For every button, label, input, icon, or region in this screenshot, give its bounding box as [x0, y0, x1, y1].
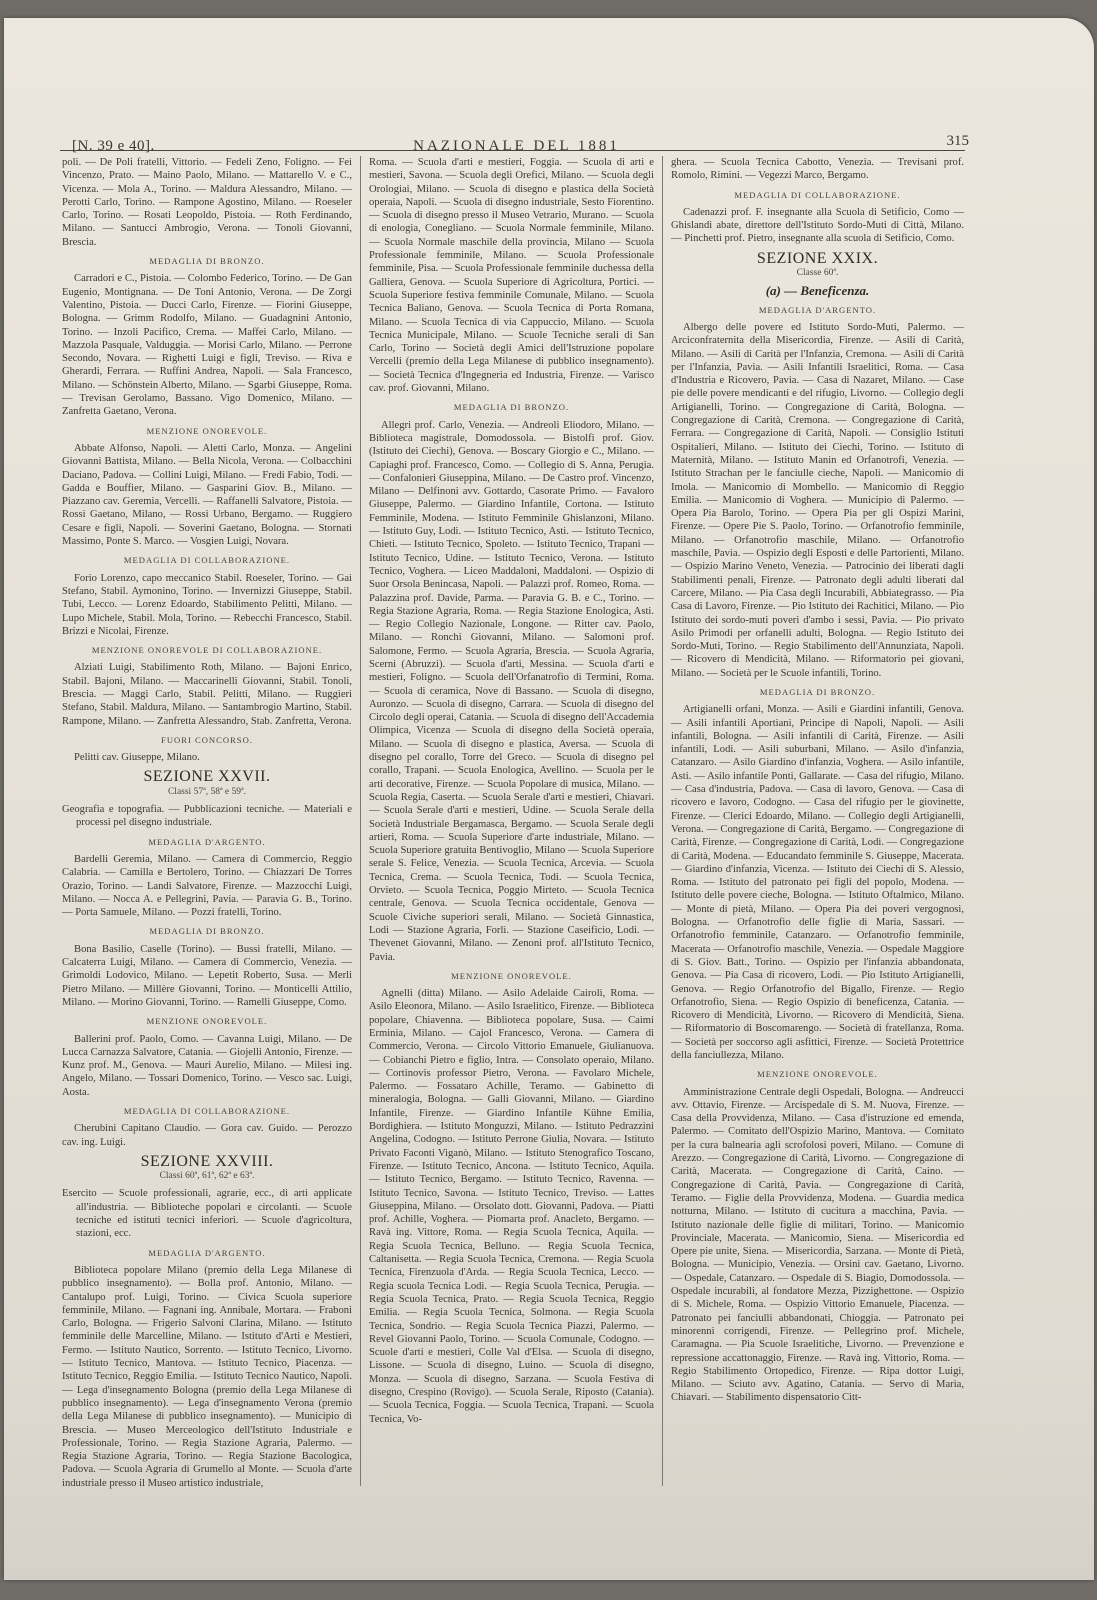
award-heading: MENZIONE ONOREVOLE DI COLLABORAZIONE. [62, 644, 352, 657]
paragraph: Roma. — Scuola d'arti e mestieri, Foggia… [369, 156, 654, 395]
column-left: poli. — De Poli fratelli, Vittorio. — Fe… [58, 156, 360, 1486]
award-heading: MEDAGLIA DI BRONZO. [671, 686, 964, 699]
column-right: ghera. — Scuola Tecnica Cabotto, Venezia… [662, 156, 968, 1486]
section-classes: Classi 60ª, 61ª, 62ª e 63ª. [62, 1170, 352, 1183]
award-heading: MEDAGLIA DI BRONZO. [62, 925, 352, 938]
award-heading: MEDAGLIA DI COLLABORAZIONE. [62, 554, 352, 567]
page-title: NAZIONALE DEL 1881 [64, 138, 969, 155]
section-description: Esercito — Scuole professionali, agrarie… [62, 1187, 352, 1240]
paragraph: Ballerini prof. Paolo, Como. — Cavanna L… [62, 1033, 352, 1099]
paragraph: Cherubini Capitano Claudio. — Gora cav. … [62, 1122, 352, 1149]
section-description: Geografia e topografia. — Pubblicazioni … [62, 803, 352, 830]
paragraph: Artigianelli orfani, Monza. — Asili e Gi… [671, 703, 964, 1062]
section-classes: Classi 57ª, 58ª e 59ª. [62, 786, 352, 799]
paragraph: Carradori e C., Pistoia. — Colombo Feder… [62, 272, 352, 418]
paragraph: Biblioteca popolare Milano (premio della… [62, 1264, 352, 1490]
paragraph: Agnelli (ditta) Milano. — Asilo Adelaide… [369, 987, 654, 1426]
section-heading: SEZIONE XXIX. [671, 252, 964, 265]
paragraph: Bardelli Geremia, Milano. — Camera di Co… [62, 853, 352, 919]
paragraph: Cadenazzi prof. F. insegnante alla Scuol… [671, 206, 964, 246]
section-heading: SEZIONE XXVIII. [62, 1155, 352, 1168]
award-heading: MEDAGLIA DI COLLABORAZIONE. [671, 189, 964, 202]
category-heading: (a) — Beneficenza. [671, 284, 964, 297]
award-heading: MEDAGLIA D'ARGENTO. [62, 836, 352, 849]
paragraph: Abbate Alfonso, Napoli. — Aletti Carlo, … [62, 442, 352, 548]
award-heading: MENZIONE ONOREVOLE. [369, 970, 654, 983]
award-heading: MEDAGLIA D'ARGENTO. [62, 1247, 352, 1260]
paragraph: Alziati Luigi, Stabilimento Roth, Milano… [62, 661, 352, 727]
paragraph: Forio Lorenzo, capo meccanico Stabil. Ro… [62, 572, 352, 638]
paragraph: Albergo delle povere ed Istituto Sordo-M… [671, 321, 964, 680]
paragraph: Bona Basilio, Caselle (Torino). — Bussi … [62, 943, 352, 1009]
award-heading: MEDAGLIA DI BRONZO. [62, 255, 352, 268]
award-heading: MEDAGLIA DI BRONZO. [369, 401, 654, 414]
section-heading: SEZIONE XXVII. [62, 770, 352, 783]
award-heading: MENZIONE ONOREVOLE. [62, 1015, 352, 1028]
paragraph: poli. — De Poli fratelli, Vittorio. — Fe… [62, 156, 352, 249]
text-columns: poli. — De Poli fratelli, Vittorio. — Fe… [58, 156, 968, 1486]
paragraph: Pelitti cav. Giuseppe, Milano. [62, 751, 352, 764]
column-middle: Roma. — Scuola d'arti e mestieri, Foggia… [360, 156, 662, 1486]
page-header: [N. 39 e 40]. NAZIONALE DEL 1881 315 [64, 118, 969, 158]
paragraph: ghera. — Scuola Tecnica Cabotto, Venezia… [671, 156, 964, 183]
award-heading: FUORI CONCORSO. [62, 734, 352, 747]
award-heading: MENZIONE ONOREVOLE. [671, 1068, 964, 1081]
award-heading: MEDAGLIA DI COLLABORAZIONE. [62, 1105, 352, 1118]
award-heading: MEDAGLIA D'ARGENTO. [671, 304, 964, 317]
page-number: 315 [947, 133, 970, 150]
paragraph: Allegri prof. Carlo, Venezia. — Andreoli… [369, 419, 654, 964]
header-rule [60, 150, 965, 151]
paragraph: Amministrazione Centrale degli Ospedali,… [671, 1086, 964, 1405]
section-classes: Classe 60ª. [671, 267, 964, 280]
award-heading: MENZIONE ONOREVOLE. [62, 425, 352, 438]
